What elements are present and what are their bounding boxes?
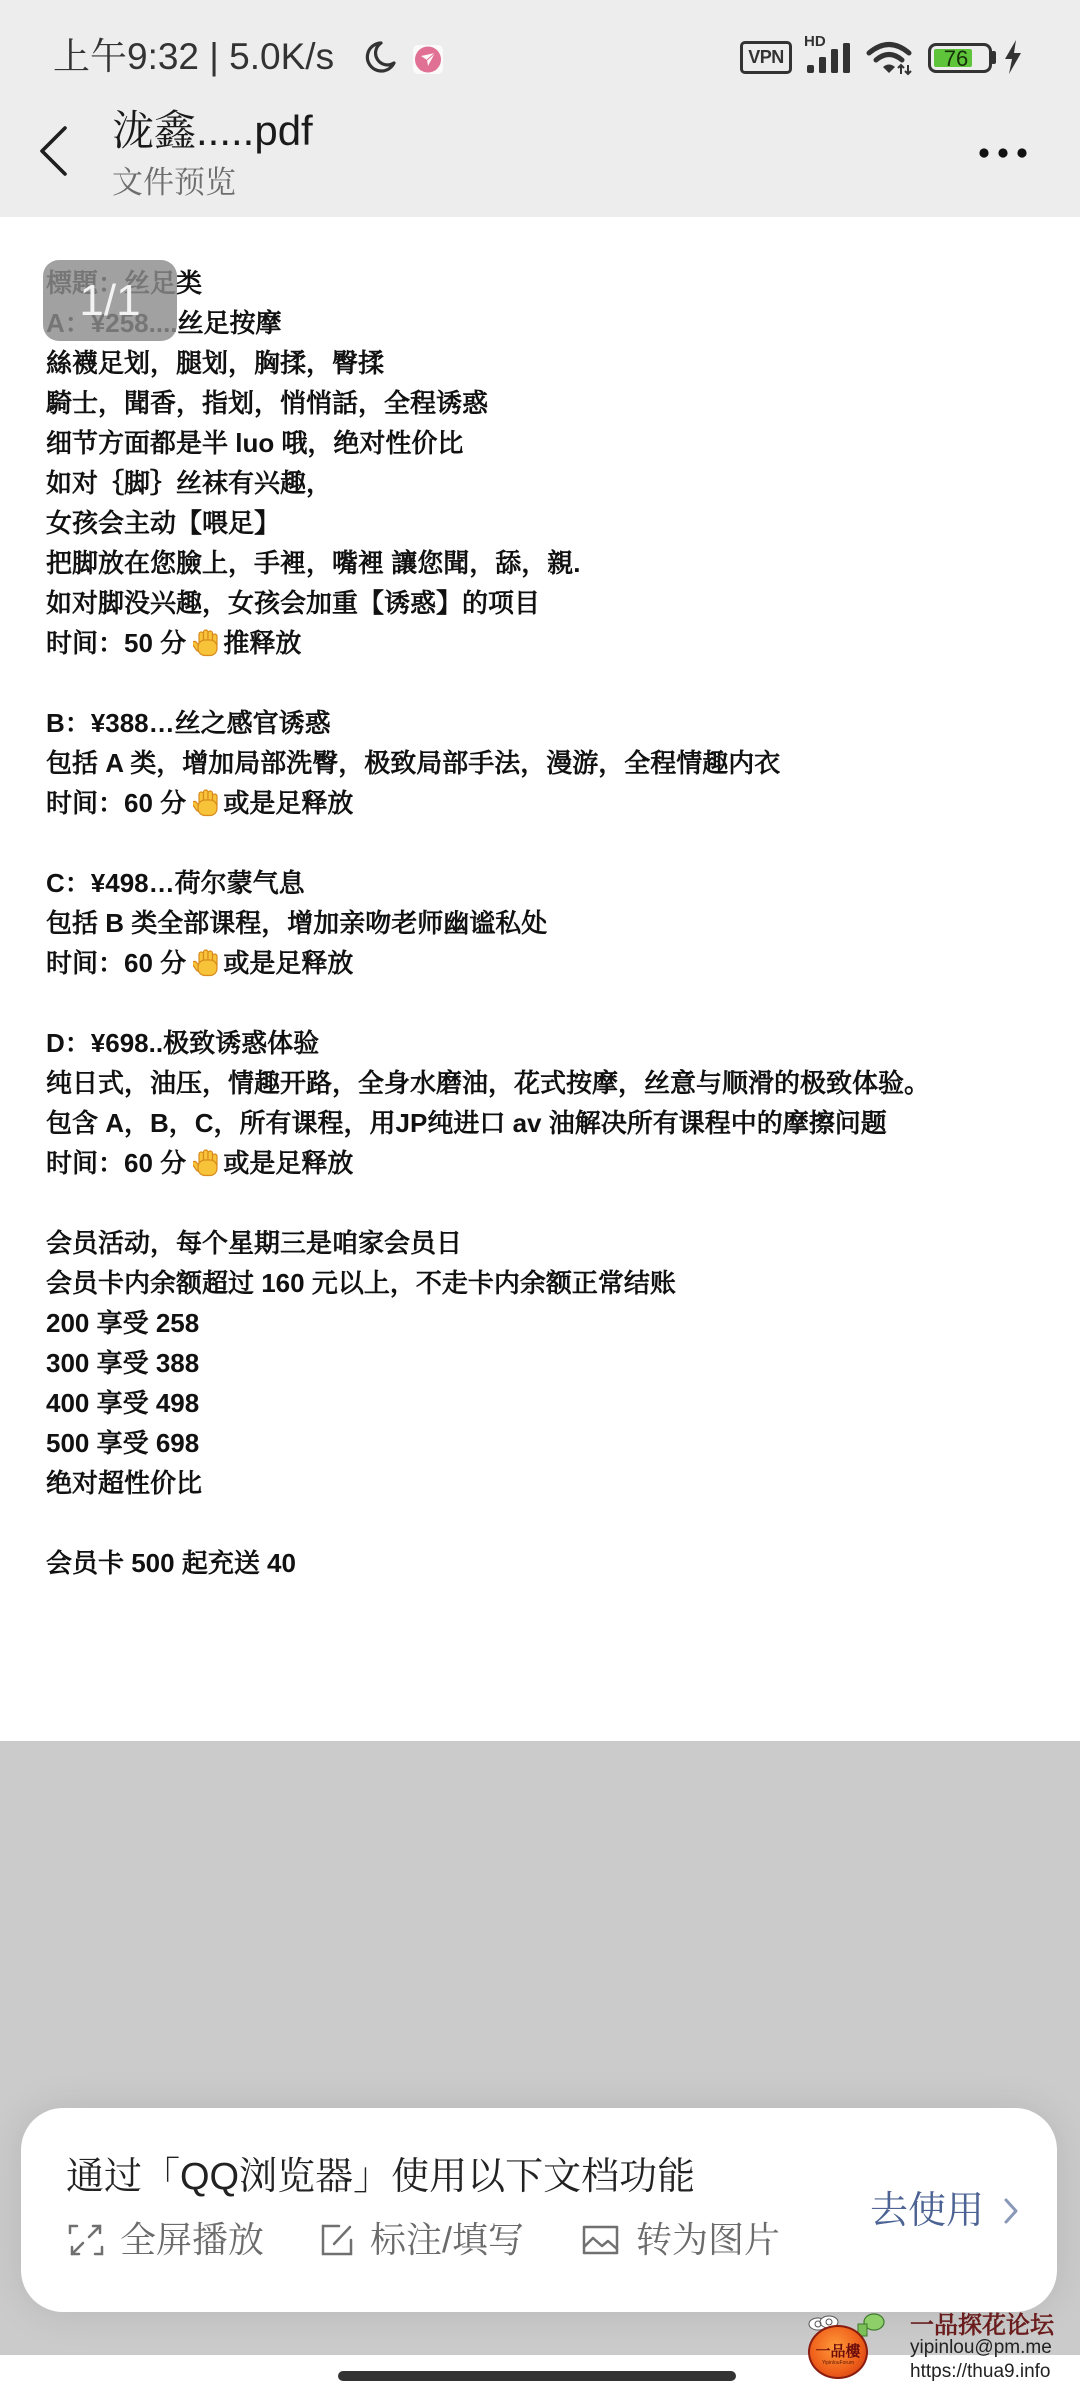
annotate-fill-label: 标注/填写 — [370, 2220, 524, 2260]
document-line — [46, 823, 1056, 863]
time-suffix: 推释放 — [223, 628, 301, 658]
document-line — [46, 663, 1056, 703]
page-indicator: 1/1 — [43, 260, 177, 341]
time-prefix: 时间：60 分 — [46, 1148, 193, 1178]
document-line: A：¥258....丝足按摩 — [46, 303, 1056, 343]
document-line: 標題：丝足类 — [46, 263, 1056, 303]
time-prefix: 时间：60 分 — [46, 788, 193, 818]
document-line: 騎士，聞香，指划，悄悄話，全程诱惑 — [46, 383, 1056, 423]
edit-icon — [320, 2223, 354, 2257]
document-line-time: 时间：60 分 或是足释放 — [46, 943, 1056, 983]
document-line: 绝对超性价比 — [46, 1463, 1056, 1503]
signal-bars-icon — [806, 43, 854, 73]
fullscreen-play-label: 全屏播放 — [120, 2220, 264, 2260]
image-icon — [582, 2224, 620, 2256]
watermark-email: yipinlou@pm.me — [910, 2337, 1052, 2359]
raised-hand-icon — [193, 1148, 221, 1176]
pdf-page[interactable]: 標題：丝足类 A：¥258....丝足按摩 絲襪足划，腿划，胸揉，臀揉 騎士，聞… — [0, 217, 1080, 1741]
watermark-forum-name: 一品探花论坛 — [910, 2312, 1054, 2340]
document-line: 包括 A 类，增加局部洗臀，极致局部手法，漫游，全程情趣内衣 — [46, 743, 1056, 783]
document-line — [46, 983, 1056, 1023]
promo-title: 通过「QQ浏览器」使用以下文档功能 — [66, 2155, 695, 2199]
paper-plane-app-icon — [413, 45, 443, 74]
document-line: 400 享受 498 — [46, 1383, 1056, 1423]
document-line: 500 享受 698 — [46, 1423, 1056, 1463]
file-subtitle: 文件预览 — [112, 165, 236, 201]
time-prefix: 时间：50 分 — [46, 628, 193, 658]
raised-hand-icon — [193, 628, 221, 656]
logo-badge: 一品樓 YipinlouForum — [808, 2325, 868, 2379]
battery-level: 76 — [937, 46, 975, 70]
annotate-fill-button[interactable]: 标注/填写 — [320, 2220, 524, 2260]
convert-to-image-button[interactable]: 转为图片 — [582, 2220, 780, 2260]
document-line: 200 享受 258 — [46, 1303, 1056, 1343]
logo-text: 一品樓 — [810, 2340, 866, 2361]
wifi-icon — [866, 40, 914, 76]
document-line: 会员卡 500 起充送 40 — [46, 1543, 1056, 1583]
document-line: 会员卡内余额超过 160 元以上，不走卡内余额正常结账 — [46, 1263, 1056, 1303]
status-time-and-speed: 上午9:32 | 5.0K/s — [53, 36, 334, 78]
time-suffix: 或是足释放 — [223, 788, 353, 818]
document-line: B：¥388…丝之感官诱惑 — [46, 703, 1056, 743]
document-line-time: 时间：60 分 或是足释放 — [46, 783, 1056, 823]
chevron-left-icon — [30, 118, 80, 184]
document-line: 包含 A，B，C，所有课程，用JP纯进口 av 油解决所有课程中的摩擦问题 — [46, 1103, 1056, 1143]
document-line-time: 时间：50 分 推释放 — [46, 623, 1056, 663]
document-line — [46, 1503, 1056, 1543]
raised-hand-icon — [193, 788, 221, 816]
time-suffix: 或是足释放 — [223, 1148, 353, 1178]
document-line: 细节方面都是半 luo 哦，绝对性价比 — [46, 423, 1056, 463]
battery-icon: 76 — [928, 43, 992, 73]
qq-browser-promo-card: 通过「QQ浏览器」使用以下文档功能 全屏播放 标注/填写 — [21, 2108, 1057, 2312]
document-line — [46, 1183, 1056, 1223]
document-line: 300 享受 388 — [46, 1343, 1056, 1383]
watermark-url: https://thua9.info — [910, 2361, 1051, 2383]
fullscreen-play-button[interactable]: 全屏播放 — [68, 2220, 264, 2260]
time-suffix: 或是足释放 — [223, 948, 353, 978]
document-line: 纯日式，油压，情趣开路，全身水磨油，花式按摩，丝意与顺滑的极致体验。 — [46, 1063, 1056, 1103]
charging-bolt-icon — [1003, 40, 1023, 74]
back-button[interactable] — [30, 118, 80, 184]
document-text: 標題：丝足类 A：¥258....丝足按摩 絲襪足划，腿划，胸揉，臀揉 騎士，聞… — [46, 263, 1056, 1583]
more-horizontal-icon — [972, 138, 1036, 168]
home-indicator[interactable] — [338, 2371, 736, 2381]
document-line: 女孩会主动【喂足】 — [46, 503, 1056, 543]
document-line: C：¥498…荷尔蒙气息 — [46, 863, 1056, 903]
convert-to-image-label: 转为图片 — [636, 2220, 780, 2260]
logo-subtext: YipinlouForum — [810, 2360, 866, 2366]
time-prefix: 时间：60 分 — [46, 948, 193, 978]
file-title: 泷鑫.....pdf — [112, 106, 313, 156]
document-line: 如对｛脚｝丝袜有兴趣， — [46, 463, 1056, 503]
document-line: 把脚放在您臉上，手裡，嘴裡 讓您聞，舔，親. — [46, 543, 1056, 583]
document-line: 包括 B 类全部课程，增加亲吻老师幽谧私处 — [46, 903, 1056, 943]
raised-hand-icon — [193, 948, 221, 976]
forum-logo: 一品樓 YipinlouForum — [804, 2308, 886, 2382]
more-options-button[interactable] — [972, 138, 1036, 168]
go-use-button[interactable]: 去使用 — [870, 2188, 1020, 2234]
document-line-time: 时间：60 分 或是足释放 — [46, 1143, 1056, 1183]
moon-icon — [361, 39, 397, 75]
document-line: 如对脚没兴趣，女孩会加重【诱惑】的项目 — [46, 583, 1056, 623]
vpn-icon: VPN — [740, 41, 792, 74]
document-line: 絲襪足划，腿划，胸揉，臀揉 — [46, 343, 1056, 383]
chevron-right-icon — [1002, 2196, 1020, 2226]
document-line: 会员活动，每个星期三是咱家会员日 — [46, 1223, 1056, 1263]
go-use-label: 去使用 — [870, 2188, 984, 2234]
document-line: D：¥698..极致诱惑体验 — [46, 1023, 1056, 1063]
fullscreen-icon — [68, 2223, 104, 2257]
battery-nub — [991, 51, 996, 64]
